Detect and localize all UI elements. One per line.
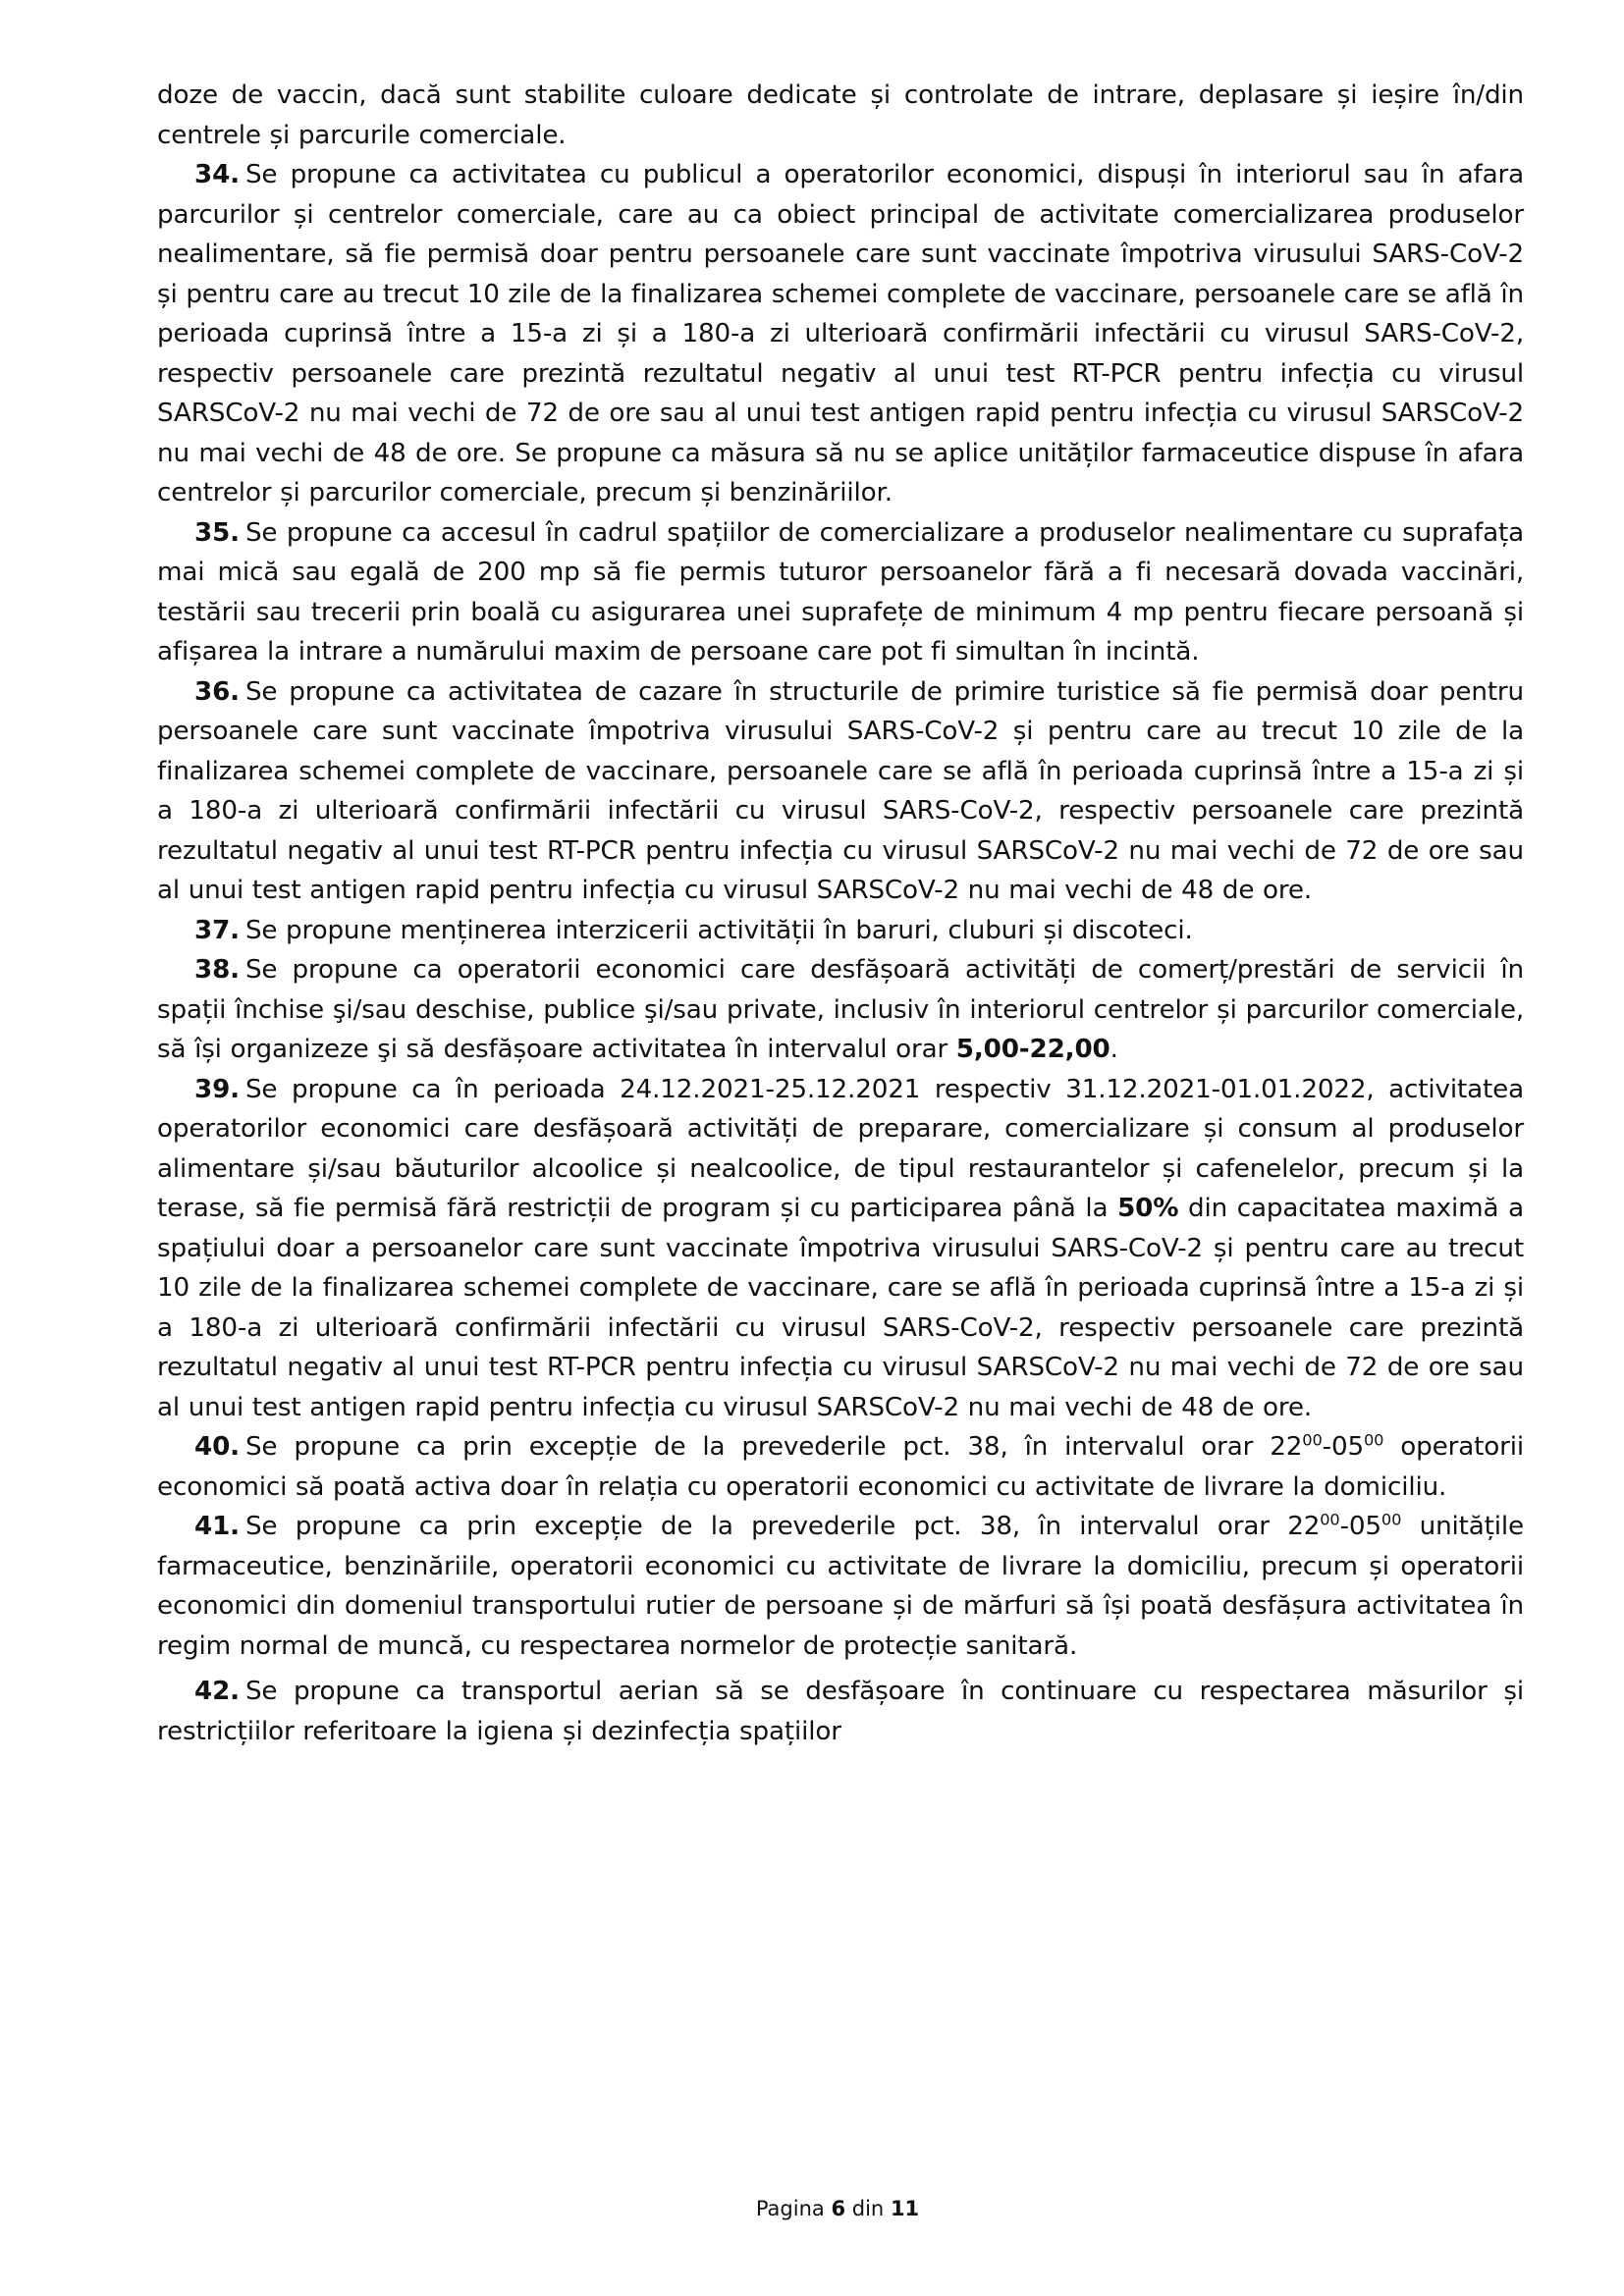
item-text: Se propune ca activitatea cu publicul a … bbox=[157, 160, 1524, 507]
item-bold-hours: 5,00-22,00 bbox=[956, 1035, 1110, 1064]
item-text: Se propune ca operatorii economici care … bbox=[157, 955, 1524, 1064]
item-37: 37.Se propune menținerea interzicerii ac… bbox=[157, 911, 1524, 951]
item-text-end: din capacitatea maximă a spațiului doar … bbox=[157, 1194, 1524, 1422]
item-text: Se propune ca prin excepție de la preved… bbox=[245, 1512, 1320, 1541]
item-number: 38. bbox=[194, 955, 240, 985]
item-number: 42. bbox=[194, 1677, 240, 1706]
item-38: 38.Se propune ca operatorii economici ca… bbox=[157, 950, 1524, 1070]
item-41: 41.Se propune ca prin excepție de la pre… bbox=[157, 1507, 1524, 1666]
item-number: 40. bbox=[194, 1432, 240, 1462]
item-text: Se propune ca prin excepție de la preved… bbox=[245, 1432, 1302, 1462]
footer-prefix: Pagina bbox=[756, 2197, 825, 2220]
item-40: 40.Se propune ca prin excepție de la pre… bbox=[157, 1427, 1524, 1507]
item-bold-percentage: 50% bbox=[1117, 1194, 1178, 1223]
footer-separator: din bbox=[852, 2197, 884, 2220]
footer-total-pages: 11 bbox=[891, 2197, 919, 2220]
superscript-minutes: 00 bbox=[1364, 1430, 1383, 1449]
item-number: 36. bbox=[194, 677, 240, 707]
superscript-minutes: 00 bbox=[1302, 1430, 1322, 1449]
superscript-minutes: 00 bbox=[1381, 1510, 1401, 1528]
item-text: Se propune ca transportul aerian să se d… bbox=[157, 1677, 1524, 1746]
item-34: 34.Se propune ca activitatea cu publicul… bbox=[157, 155, 1524, 513]
item-35: 35.Se propune ca accesul în cadrul spați… bbox=[157, 513, 1524, 672]
item-text: Se propune menținerea interzicerii activ… bbox=[245, 916, 1193, 945]
item-text-end: . bbox=[1110, 1035, 1118, 1064]
item-text: Se propune ca activitatea de cazare în s… bbox=[157, 677, 1524, 906]
item-number: 37. bbox=[194, 916, 240, 945]
item-text: -05 bbox=[1323, 1432, 1364, 1462]
footer-current-page: 6 bbox=[831, 2197, 845, 2220]
item-36: 36.Se propune ca activitatea de cazare î… bbox=[157, 672, 1524, 911]
page-footer: Pagina 6 din 11 bbox=[0, 2197, 1624, 2220]
item-39: 39.Se propune ca în perioada 24.12.2021-… bbox=[157, 1070, 1524, 1428]
item-text: Se propune ca accesul în cadrul spațiilo… bbox=[157, 518, 1524, 667]
item-number: 39. bbox=[194, 1075, 240, 1104]
superscript-minutes: 00 bbox=[1320, 1510, 1339, 1528]
item-number: 34. bbox=[194, 160, 240, 189]
item-42: 42.Se propune ca transportul aerian să s… bbox=[157, 1672, 1524, 1751]
document-body: doze de vaccin, dacă sunt stabilite culo… bbox=[157, 76, 1524, 1751]
item-number: 35. bbox=[194, 518, 240, 548]
continuation-paragraph: doze de vaccin, dacă sunt stabilite culo… bbox=[157, 76, 1524, 155]
item-text: -05 bbox=[1340, 1512, 1381, 1541]
item-number: 41. bbox=[194, 1512, 240, 1541]
